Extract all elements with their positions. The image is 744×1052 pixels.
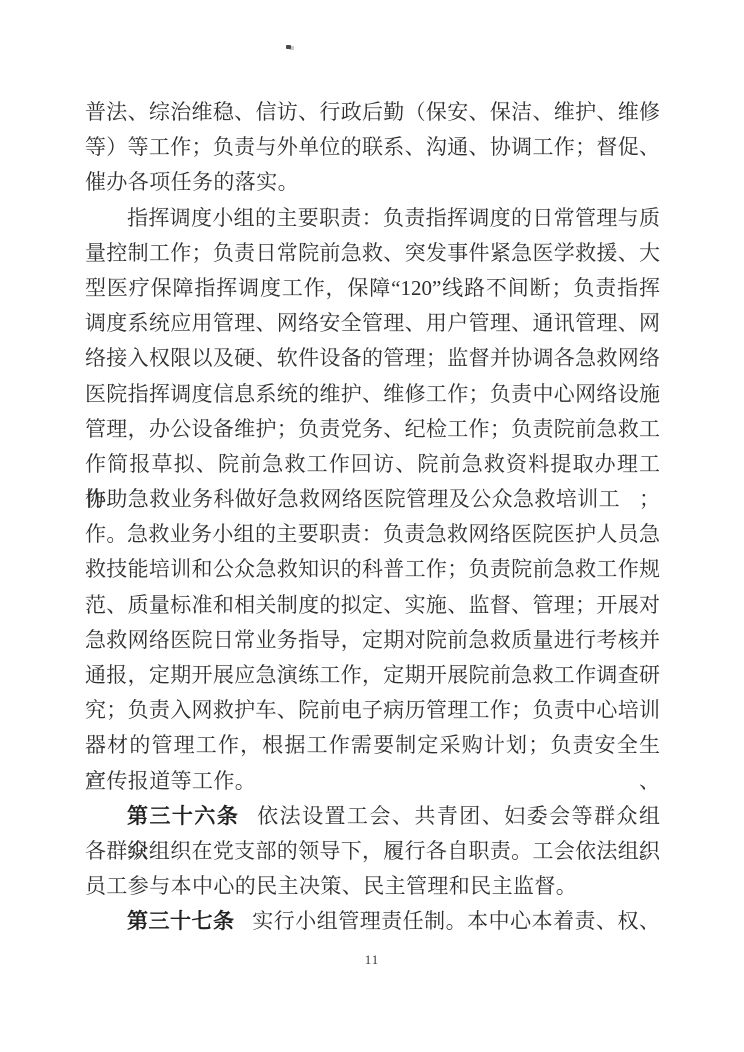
- article-heading-line: 第三十七条实行小组管理责任制。本中心本着责、权、: [85, 904, 660, 939]
- text-line: 管理，办公设备维护；负责党务、纪检工作；负责院前急救工: [85, 412, 660, 447]
- text-line: 协助急救业务科做好急救网络医院管理及公众急救培训工作。: [85, 482, 660, 517]
- text-line: 等）等工作；负责与外单位的联系、沟通、协调工作；督促、: [85, 130, 660, 165]
- text-line: 作简报草拟、院前急救工作回访、院前急救资料提取办理工作；: [85, 447, 660, 482]
- text-line: 普法、综治维稳、信访、行政后勤（保安、保洁、维护、维修: [85, 95, 660, 130]
- article-heading-line: 第三十六条依法设置工会、共青团、妇委会等群众组织。: [85, 799, 660, 834]
- text-line: 调度系统应用管理、网络安全管理、用户管理、通讯管理、网: [85, 306, 660, 341]
- text-line: 催办各项任务的落实。: [85, 165, 660, 200]
- text-line: 器材的管理工作，根据工作需要制定采购计划；负责安全生产、: [85, 728, 660, 763]
- page-number: 11: [0, 952, 744, 968]
- text-line: 范、质量标准和相关制度的拟定、实施、监督、管理；开展对: [85, 588, 660, 623]
- text-line: 各群众组织在党支部的领导下，履行各自职责。工会依法组织: [85, 834, 660, 869]
- text-line: 量控制工作；负责日常院前急救、突发事件紧急医学救援、大: [85, 236, 660, 271]
- stray-ink-dot: [286, 45, 291, 49]
- text-line: 员工参与本中心的民主决策、民主管理和民主监督。: [85, 869, 660, 904]
- article-number: 第三十七条: [127, 909, 234, 933]
- article-number: 第三十六条: [127, 804, 239, 828]
- text-line: 救技能培训和公众急救知识的科普工作；负责院前急救工作规: [85, 552, 660, 587]
- text-line: 络接入权限以及硬、软件设备的管理；监督并协调各急救网络: [85, 341, 660, 376]
- text-line: 急救网络医院日常业务指导，定期对院前急救质量进行考核并: [85, 623, 660, 658]
- article-text: 实行小组管理责任制。本中心本着责、权、: [252, 909, 660, 933]
- text-line: 医院指挥调度信息系统的维护、维修工作；负责中心网络设施: [85, 377, 660, 412]
- text-line: 型医疗保障指挥调度工作，保障“120”线路不间断；负责指挥: [85, 271, 660, 306]
- text-line: 通报，定期开展应急演练工作，定期开展院前急救工作调查研: [85, 658, 660, 693]
- text-line: 指挥调度小组的主要职责：负责指挥调度的日常管理与质: [85, 201, 660, 236]
- text-line: 究；负责入网救护车、院前电子病历管理工作；负责中心培训: [85, 693, 660, 728]
- document-page: 普法、综治维稳、信访、行政后勤（保安、保洁、维护、维修 等）等工作；负责与外单位…: [0, 0, 744, 1052]
- document-body: 普法、综治维稳、信访、行政后勤（保安、保洁、维护、维修 等）等工作；负责与外单位…: [85, 95, 660, 940]
- text-line: 急救业务小组的主要职责：负责急救网络医院医护人员急: [85, 517, 660, 552]
